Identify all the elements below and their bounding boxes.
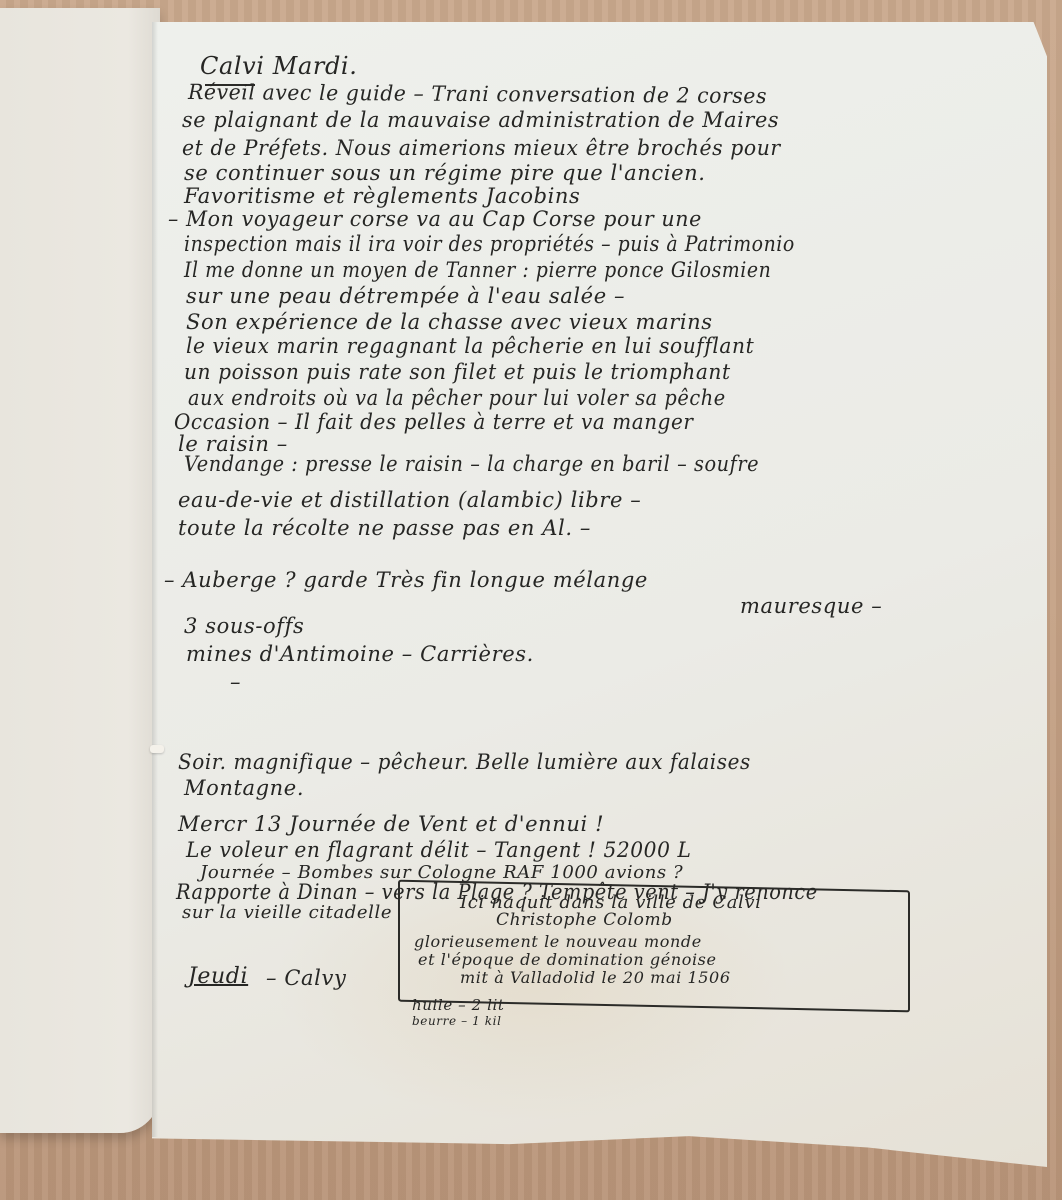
handwritten-line: –	[230, 670, 241, 694]
shopping-item: huile – 2 lit	[412, 996, 505, 1014]
boxed-note-line: et l'époque de domination génoise	[418, 950, 717, 969]
handwritten-line: 3 sous-offs	[184, 614, 304, 638]
handwritten-line: mines d'Antimoine – Carrières.	[186, 642, 534, 666]
handwritten-line: Son expérience de la chasse avec vieux m…	[186, 310, 713, 334]
handwritten-line: inspection mais il ira voir des propriét…	[184, 232, 795, 256]
boxed-note-line: mit à Valladolid le 20 mai 1506	[460, 968, 731, 987]
handwritten-line: se continuer sous un régime pire que l'a…	[184, 161, 706, 185]
handwritten-line: se plaignant de la mauvaise administrati…	[182, 108, 779, 132]
handwritten-line: Il me donne un moyen de Tanner : pierre …	[184, 258, 771, 282]
handwritten-line: sur la vieille citadelle	[182, 902, 392, 923]
handwritten-line: – Mon voyageur corse va au Cap Corse pou…	[168, 207, 702, 231]
handwritten-line: Le voleur en flagrant délit – Tangent ! …	[186, 838, 691, 862]
binding-tear	[150, 745, 164, 753]
entry-heading: Calvi Mardi.	[200, 52, 357, 80]
shopping-item: beurre – 1 kil	[412, 1014, 502, 1028]
handwritten-line: mauresque –	[740, 594, 882, 618]
handwritten-line: – Auberge ? garde Très fin longue mélang…	[164, 568, 648, 592]
boxed-note-line: Christophe Colomb	[496, 910, 673, 930]
handwritten-line: Mercr 13 Journée de Vent et d'ennui !	[178, 812, 604, 836]
handwritten-line: eau-de-vie et distillation (alambic) lib…	[178, 488, 641, 512]
handwritten-line: le vieux marin regagnant la pêcherie en …	[186, 334, 754, 358]
handwritten-line: Soir. magnifique – pêcheur. Belle lumièr…	[178, 750, 751, 774]
handwritten-line: toute la récolte ne passe pas en Al. –	[178, 516, 591, 540]
handwritten-line: et de Préfets. Nous aimerions mieux être…	[182, 136, 781, 160]
handwritten-line: Réveil avec le guide – Trani conversatio…	[188, 80, 767, 108]
handwritten-line: aux endroits où va la pêcher pour lui vo…	[188, 386, 726, 410]
thursday-label: Jeudi	[188, 964, 248, 989]
handwritten-line: Montagne.	[184, 776, 304, 800]
handwritten-line: Vendange : presse le raisin – la charge …	[184, 452, 759, 476]
notebook-spine	[152, 22, 158, 1137]
thursday-text: – Calvy	[266, 966, 346, 990]
handwritten-line: sur une peau détrempée à l'eau salée –	[186, 284, 625, 308]
boxed-note-line: glorieusement le nouveau monde	[414, 932, 702, 951]
left-notebook-page	[0, 8, 160, 1133]
handwritten-line: Occasion – Il fait des pelles à terre et…	[174, 410, 693, 434]
handwritten-line: un poisson puis rate son filet et puis l…	[184, 360, 731, 384]
handwritten-line: Favoritisme et règlements Jacobins	[184, 184, 580, 208]
